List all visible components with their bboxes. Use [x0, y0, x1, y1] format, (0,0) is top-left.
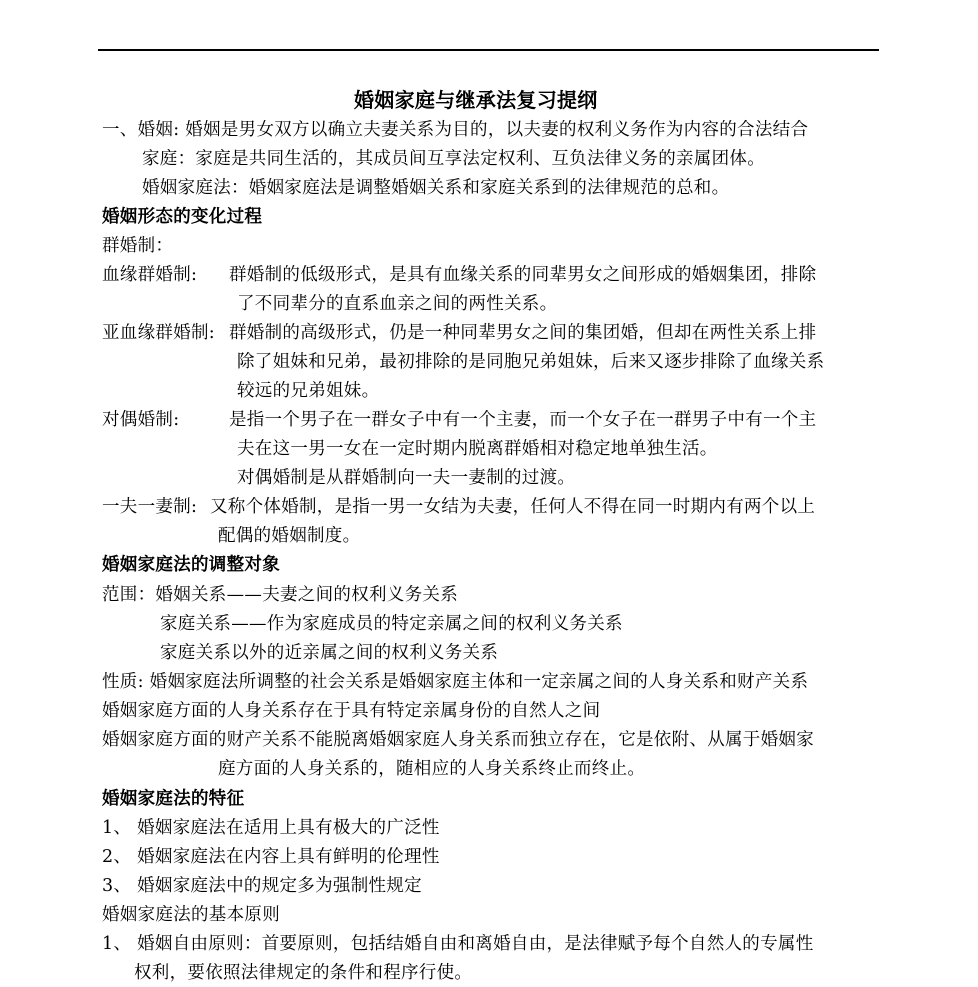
paragraph-line: 性质: 婚姻家庭法所调整的社会关系是婚姻家庭主体和一定亲属之间的人身关系和财产关…: [102, 671, 808, 693]
section-heading: 婚姻家庭法的特征: [102, 788, 244, 810]
term-label: 一夫一妻制:: [102, 496, 197, 518]
section-heading: 婚姻家庭法的调整对象: [102, 554, 280, 576]
paragraph-line: 范围：婚姻关系——夫妻之间的权利义务关系: [102, 584, 458, 606]
paragraph-line: 庭方面的人身关系的，随相应的人身关系终止而终止。: [218, 758, 645, 780]
paragraph-line: 婚姻家庭方面的财产关系不能脱离婚姻家庭人身关系而独立存在，它是依附、从属于婚姻家: [102, 729, 814, 751]
document-title: 婚姻家庭与继承法复习提纲: [354, 89, 598, 111]
term-label: 亚血缘群婚制:: [102, 322, 215, 344]
paragraph-line: 婚姻家庭方面的人身关系存在于具有特定亲属身份的自然人之间: [102, 700, 600, 722]
paragraph-line: 群婚制：: [102, 235, 173, 257]
paragraph-line: 权利，要依照法律规定的条件和程序行使。: [134, 962, 472, 984]
paragraph-line: 家庭关系——作为家庭成员的特定亲属之间的权利义务关系: [160, 613, 623, 635]
paragraph-line: 又称个体婚制，是指一男一女结为夫妻，任何人不得在同一时期内有两个以上: [210, 496, 815, 518]
paragraph-line: 婚姻家庭法：婚姻家庭法是调整婚姻关系和家庭关系到的法律规范的总和。: [142, 177, 729, 199]
paragraph-line: 了不同辈分的直系血亲之间的两性关系。: [237, 293, 557, 315]
term-label: 血缘群婚制:: [102, 264, 197, 286]
list-item: 1、 婚姻自由原则：首要原则，包括结婚自由和离婚自由，是法律赋予每个自然人的专属…: [102, 933, 814, 955]
paragraph-line: 夫在这一男一女在一定时期内脱离群婚相对稳定地单独生活。: [237, 438, 718, 460]
paragraph-line: 除了姐妹和兄弟，最初排除的是同胞兄弟姐妹，后来又逐步排除了血缘关系: [237, 351, 824, 373]
paragraph-line: 家庭：家庭是共同生活的，其成员间互享法定权利、互负法律义务的亲属团体。: [142, 148, 765, 170]
paragraph-line: 是指一个男子在一群女子中有一个主妻，而一个女子在一群男子中有一个主: [229, 409, 816, 431]
paragraph-line: 较远的兄弟姐妹。: [237, 380, 379, 402]
paragraph-line: 对偶婚制是从群婚制向一夫一妻制的过渡。: [237, 467, 575, 489]
section-heading: 婚姻形态的变化过程: [102, 206, 262, 228]
paragraph-line: 群婚制的低级形式，是具有血缘关系的同辈男女之间形成的婚姻集团，排除: [229, 264, 816, 286]
paragraph-line: 配偶的婚姻制度。: [218, 525, 360, 547]
paragraph-line: 群婚制的高级形式，仍是一种同辈男女之间的集团婚，但却在两性关系上排: [229, 322, 816, 344]
list-item: 2、 婚姻家庭法在内容上具有鲜明的伦理性: [102, 846, 440, 868]
paragraph-line: 家庭关系以外的近亲属之间的权利义务关系: [160, 642, 498, 664]
list-item: 3、 婚姻家庭法中的规定多为强制性规定: [102, 875, 422, 897]
header-rule: [98, 49, 879, 51]
term-label: 对偶婚制:: [102, 409, 179, 431]
paragraph-line: 一、婚姻: 婚姻是男女双方以确立夫妻关系为目的，以夫妻的权利义务作为内容的合法结…: [102, 119, 808, 141]
list-item: 1、 婚姻家庭法在适用上具有极大的广泛性: [102, 817, 440, 839]
paragraph-line: 婚姻家庭法的基本原则: [102, 904, 280, 926]
